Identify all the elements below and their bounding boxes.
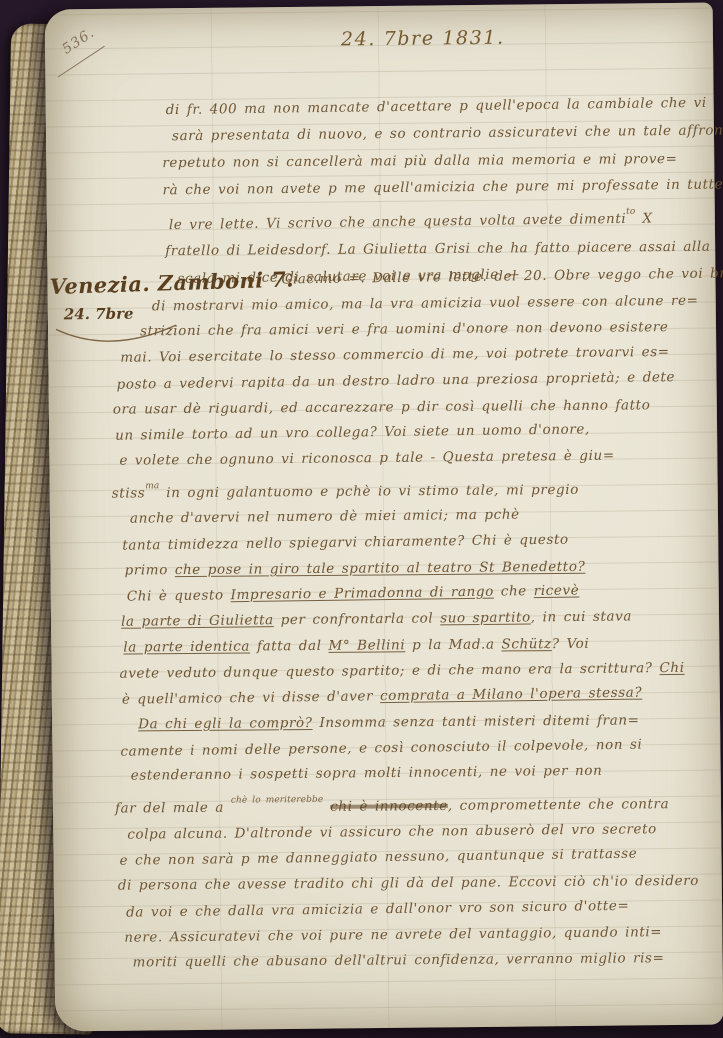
manuscript-line: le vre lette. Vi scrivo che anche questa… (163, 198, 723, 240)
scene-background: 536. 24. 7bre 1831. di fr. 400 ma non ma… (0, 0, 723, 1038)
manuscript-line: stissma in ogni galantuomo e pchè io vi … (106, 469, 723, 507)
date-header: 24. 7bre 1831. (341, 27, 505, 51)
manuscript-line: far del male a chè lo meriterebbe chi è … (109, 785, 723, 823)
manuscript-line: repetuto non si cancellerà mai più dalla… (162, 146, 722, 177)
manuscript-line: moriti quelli che abusano dell'altrui co… (111, 946, 723, 977)
manuscript-line: la parte identica fatta dal M° Bellini p… (107, 631, 723, 662)
letter-body: Giac.mo =. Dalle vre lette. del 20. Obre… (103, 262, 723, 976)
manuscript-page: 536. 24. 7bre 1831. di fr. 400 ma non ma… (45, 3, 723, 1032)
